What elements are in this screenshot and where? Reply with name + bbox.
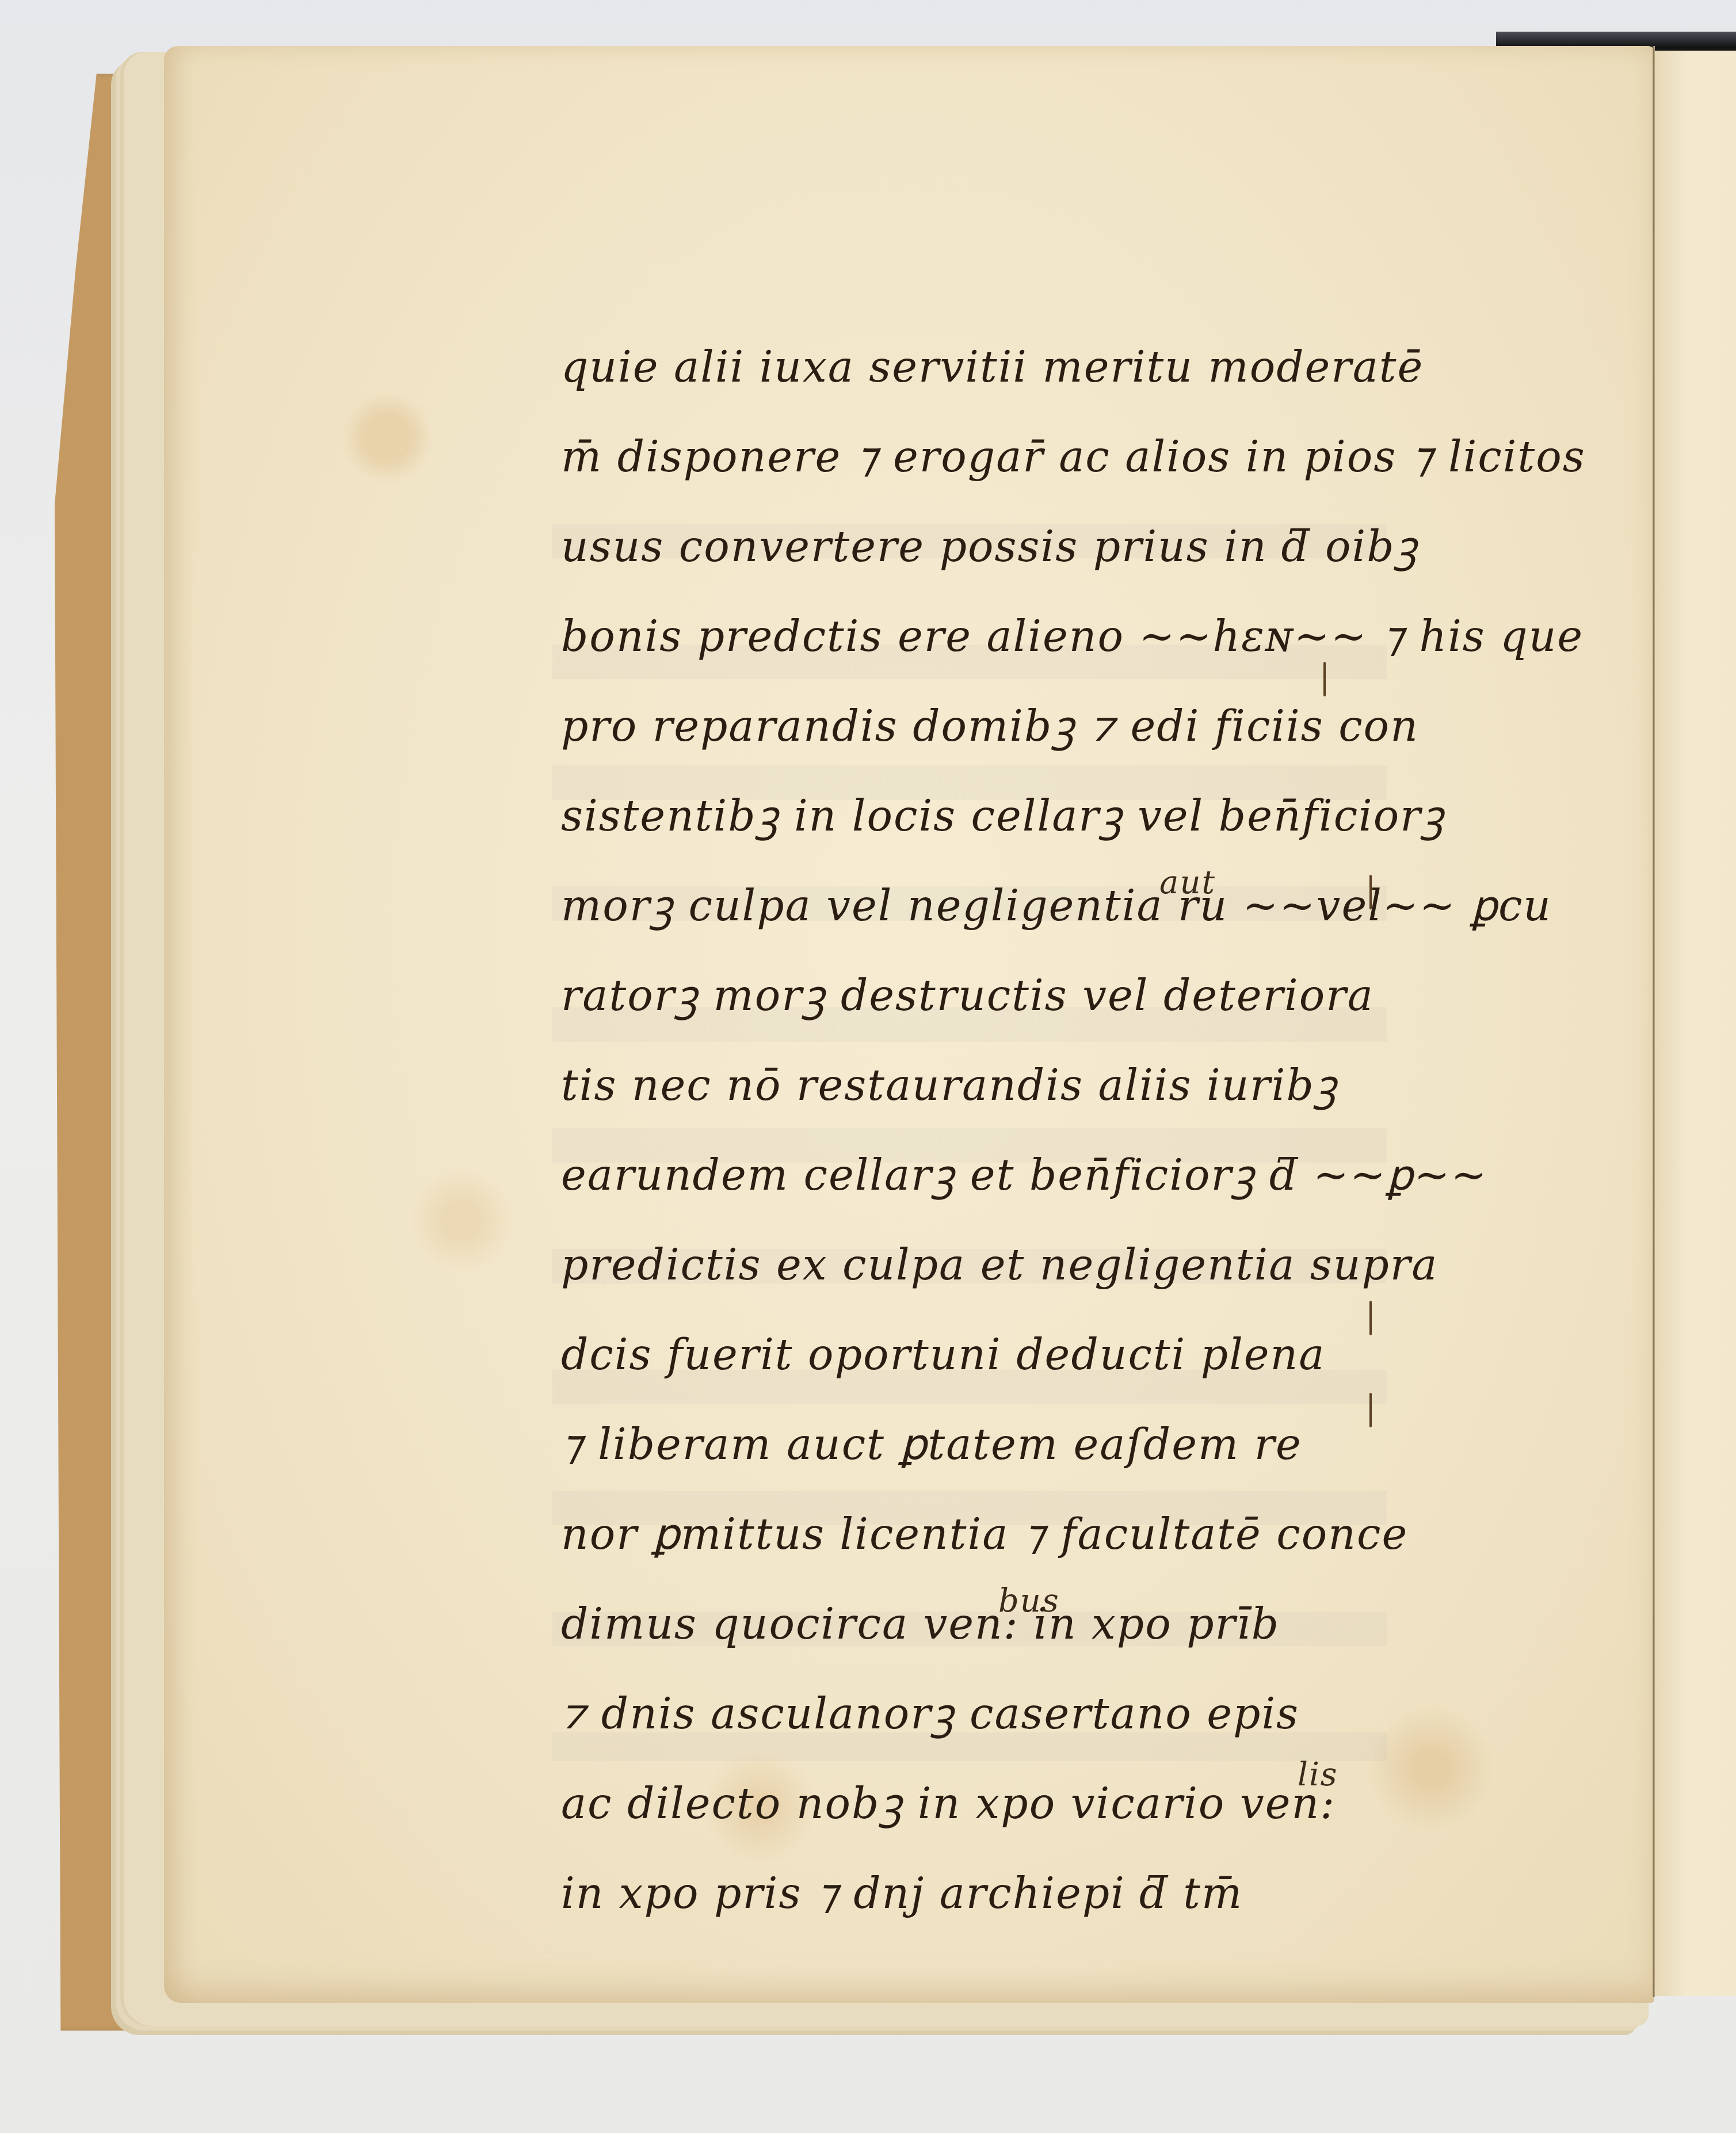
text-line: nor ꝑmittus licentia ⁊ facultatē conce	[561, 1490, 1401, 1579]
line-text: morꝫ culpa vel negligentia ru ~~vel~~ ꝑc…	[561, 881, 1552, 931]
margin-stroke	[1369, 1393, 1372, 1427]
line-text: tis nec nō restaurandis aliis iuribꝫ	[561, 1061, 1338, 1110]
manuscript-text-block: quie alii iuxa servitii meritu moderatē …	[561, 322, 1401, 1938]
text-line: in xpo pris ⁊ dnj archiepi ƌ tm̄	[561, 1849, 1401, 1938]
text-line: sistentibꝫ in locis cellarꝫ vel ben̄fici…	[561, 771, 1401, 861]
line-text: dcis fuerit oportuni deducti plena	[561, 1330, 1325, 1380]
text-line: usus convertere possis prius in ƌ oibꝫ	[561, 502, 1401, 592]
line-text: ratorꝫ morꝫ destructis vel deteriora	[561, 971, 1374, 1020]
line-text: m̄ disponere ⁊ erogar̄ ac alios in pios …	[561, 432, 1586, 482]
text-line: ac dilecto nobꝫ in xpo vicario ven: lis	[561, 1759, 1401, 1849]
line-text: pro reparandis domibꝫ ⁊ edi ficiis con	[561, 702, 1419, 751]
text-line: dimus quocirca ven: in xpo prīb bus	[561, 1579, 1401, 1669]
text-line: m̄ disponere ⁊ erogar̄ ac alios in pios …	[561, 412, 1401, 502]
line-text: ⁊ dnis asculanorꝫ casertano epis	[561, 1689, 1299, 1739]
text-line: morꝫ culpa vel negligentia ru ~~vel~~ ꝑc…	[561, 861, 1401, 951]
margin-stroke	[1369, 875, 1372, 909]
line-text: ⁊ liberam auct ꝑtatem eaſdem re	[561, 1420, 1302, 1469]
interlinear-addition: aut	[1159, 838, 1216, 928]
text-line: earundem cellarꝫ et ben̄ficiorꝫ ƌ ~~ꝑ~~	[561, 1130, 1401, 1220]
text-line: ⁊ dnis asculanorꝫ casertano epis	[561, 1669, 1401, 1759]
text-line: tis nec nō restaurandis aliis iuribꝫ	[561, 1041, 1401, 1130]
line-text: quie alii iuxa servitii meritu moderatē	[561, 342, 1424, 392]
line-text: ac dilecto nobꝫ in xpo vicario ven:	[561, 1779, 1336, 1829]
interlinear-addition: bus	[998, 1556, 1060, 1646]
margin-stroke	[1369, 1301, 1372, 1335]
line-text: sistentibꝫ in locis cellarꝫ vel ben̄fici…	[561, 791, 1445, 841]
text-line: ⁊ liberam auct ꝑtatem eaſdem re	[561, 1400, 1401, 1490]
text-line: dcis fuerit oportuni deducti plena	[561, 1310, 1401, 1400]
line-text: in xpo pris ⁊ dnj archiepi ƌ tm̄	[561, 1869, 1243, 1918]
line-text: nor ꝑmittus licentia ⁊ facultatē conce	[561, 1510, 1408, 1559]
line-text: dimus quocirca ven: in xpo prīb	[561, 1599, 1280, 1649]
margin-stroke	[1323, 662, 1326, 696]
line-text: bonis predctis ere alieno ~~hɛɴ~~ ⁊ his …	[561, 612, 1584, 661]
line-text: predictis ex culpa et negligentia supra	[561, 1240, 1438, 1290]
line-text: earundem cellarꝫ et ben̄ficiorꝫ ƌ ~~ꝑ~~	[561, 1151, 1488, 1200]
text-line: ratorꝫ morꝫ destructis vel deteriora	[561, 951, 1401, 1041]
text-line: predictis ex culpa et negligentia supra	[561, 1220, 1401, 1310]
facing-page-strip	[1655, 51, 1736, 1996]
text-line: quie alii iuxa servitii meritu moderatē	[561, 322, 1401, 412]
interlinear-addition: lis	[1298, 1730, 1338, 1820]
line-text: usus convertere possis prius in ƌ oibꝫ	[561, 522, 1418, 572]
text-line: bonis predctis ere alieno ~~hɛɴ~~ ⁊ his …	[561, 592, 1401, 681]
text-line: pro reparandis domibꝫ ⁊ edi ficiis con	[561, 681, 1401, 771]
